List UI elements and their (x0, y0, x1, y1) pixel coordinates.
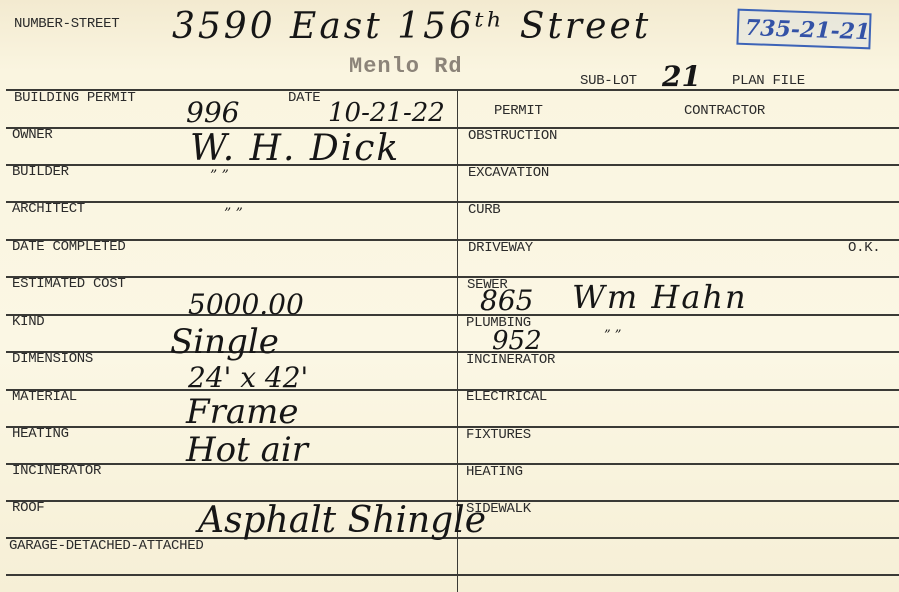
roof-value: Asphalt Shingle (198, 500, 486, 541)
field-label-kind: KIND (12, 314, 44, 330)
rule-line (6, 164, 899, 166)
field-label-sidewalk: SIDEWALK (466, 501, 531, 517)
number-street-label: NUMBER-STREET (14, 16, 119, 32)
field-label-incinerator: INCINERATOR (12, 463, 101, 479)
rule-line (6, 239, 899, 241)
plan-file-label: PLAN FILE (732, 73, 805, 89)
sewer-permit-value: 865 (480, 284, 533, 317)
field-label-heating: HEATING (12, 426, 69, 442)
field-label-owner: OWNER (12, 127, 53, 143)
permit-date-value: 10-21-22 (328, 98, 445, 128)
dimensions-value: 24' x 42' (188, 361, 308, 394)
permit-column-header: PERMIT (494, 103, 543, 119)
field-label-garage: GARAGE-DETACHED-ATTACHED (9, 538, 203, 554)
field-label-electrical: ELECTRICAL (466, 389, 547, 405)
rule-line (6, 351, 899, 353)
field-label-date-completed: DATE COMPLETED (12, 239, 125, 255)
field-label-architect: ARCHITECT (12, 201, 85, 217)
material-value: Frame (186, 392, 298, 432)
field-label-roof: ROOF (12, 500, 44, 516)
field-label-building-permit: BUILDING PERMIT (14, 90, 136, 106)
date-label: DATE (288, 90, 320, 106)
field-label-heating-right: HEATING (466, 464, 523, 480)
rule-line (6, 574, 899, 576)
sub-lot-label: SUB-LOT (580, 73, 637, 89)
field-label-curb: CURB (468, 202, 500, 218)
rule-line (6, 463, 899, 465)
sewer-contractor-value: Wm Hahn (572, 278, 748, 316)
building-permit-value: 996 (186, 96, 239, 129)
building-permit-card: NUMBER-STREET 3590 East 156ᵗʰ Street Men… (0, 0, 899, 592)
rule-line (6, 89, 899, 91)
stamped-street-name: Menlo Rd (349, 54, 463, 79)
parcel-number-stamp: 735-21-21 (736, 9, 871, 50)
parcel-number: 735-21-21 (745, 15, 871, 45)
driveway-note: O.K. (848, 240, 880, 256)
rule-line (6, 127, 899, 129)
field-label-obstruction: OBSTRUCTION (468, 128, 557, 144)
estimated-cost-value: 5000.00 (188, 288, 304, 321)
rule-line (6, 389, 899, 391)
rule-line (6, 276, 899, 278)
plumbing-contractor-value: ” ” (604, 328, 621, 343)
architect-value: ” ” (224, 206, 243, 222)
number-street-value: 3590 East 156ᵗʰ Street (172, 6, 651, 47)
rule-line (6, 201, 899, 203)
rule-line (6, 426, 899, 428)
heating-value: Hot air (186, 430, 308, 470)
plumbing-permit-value: 952 (492, 326, 542, 356)
owner-value: W. H. Dick (190, 128, 400, 169)
field-label-excavation: EXCAVATION (468, 165, 549, 181)
field-label-fixtures: FIXTURES (466, 427, 531, 443)
contractor-column-header: CONTRACTOR (684, 103, 765, 119)
rule-line (6, 314, 899, 316)
field-label-estimated-cost: ESTIMATED COST (12, 276, 125, 292)
field-label-driveway: DRIVEWAY (468, 240, 533, 256)
field-label-builder: BUILDER (12, 164, 69, 180)
builder-value: ” ” (210, 168, 229, 184)
field-label-dimensions: DIMENSIONS (12, 351, 93, 367)
kind-value: Single (170, 322, 279, 362)
field-label-material: MATERIAL (12, 389, 77, 405)
